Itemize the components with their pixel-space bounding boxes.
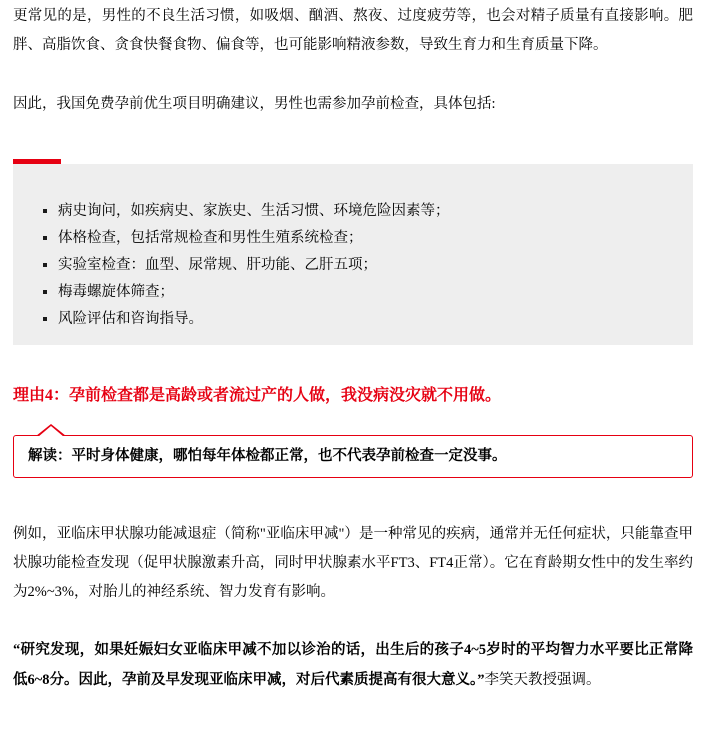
list-item-text: 梅毒螺旋体筛查； bbox=[58, 284, 174, 300]
interpretation-text: 解读：平时身体健康，哪怕每年体检都正常，也不代表孕前检查一定没事。 bbox=[28, 448, 678, 465]
square-bullet-icon bbox=[43, 317, 47, 321]
list-item-text: 体格检查，包括常规检查和男性生殖系统检查； bbox=[58, 230, 363, 246]
paragraph-subclinical-example: 例如，亚临床甲状腺功能减退症（简称"亚临床甲减"）是一种常见的疾病，通常并无任何… bbox=[13, 520, 693, 607]
list-item: 体格检查，包括常规检查和男性生殖系统检查； bbox=[41, 225, 673, 252]
article: 更常见的是，男性的不良生活习惯，如吸烟、酗酒、熬夜、过度疲劳等，也会对精子质量有… bbox=[0, 0, 707, 695]
paragraph-research-quote: “研究发现，如果妊娠妇女亚临床甲减不加以诊治的话，出生后的孩子4~5岁时的平均智… bbox=[13, 635, 693, 695]
interpretation-label: 解读： bbox=[28, 448, 72, 464]
reason-4-heading: 理由4：孕前检查都是高龄或者流过产的人做，我没病没灾就不用做。 bbox=[13, 385, 693, 407]
list-item-text: 风险评估和咨询指导。 bbox=[58, 311, 203, 327]
quote-attribution: 李笑天教授强调。 bbox=[485, 672, 601, 688]
interpretation-body: 平时身体健康，哪怕每年体检都正常，也不代表孕前检查一定没事。 bbox=[72, 448, 507, 464]
paragraph-checkup-recommendation: 因此，我国免费孕前优生项目明确建议，男性也需参加孕前检查，具体包括: bbox=[13, 90, 693, 119]
list-item: 风险评估和咨询指导。 bbox=[41, 306, 673, 333]
square-bullet-icon bbox=[43, 209, 47, 213]
list-item-text: 病史询问，如疾病史、家族史、生活习惯、环境危险因素等； bbox=[58, 203, 450, 219]
paragraph-male-lifestyle: 更常见的是，男性的不良生活习惯，如吸烟、酗酒、熬夜、过度疲劳等，也会对精子质量有… bbox=[13, 2, 693, 60]
checkup-items-list: 病史询问，如疾病史、家族史、生活习惯、环境危险因素等； 体格检查，包括常规检查和… bbox=[41, 198, 673, 333]
list-item: 实验室检查：血型、尿常规、肝功能、乙肝五项； bbox=[41, 252, 673, 279]
interpretation-callout-box: 解读：平时身体健康，哪怕每年体检都正常，也不代表孕前检查一定没事。 bbox=[13, 435, 693, 478]
square-bullet-icon bbox=[43, 236, 47, 240]
checkup-items-box: 病史询问，如疾病史、家族史、生活习惯、环境危险因素等； 体格检查，包括常规检查和… bbox=[13, 164, 693, 345]
list-item: 病史询问，如疾病史、家族史、生活习惯、环境危险因素等； bbox=[41, 198, 673, 225]
square-bullet-icon bbox=[43, 290, 47, 294]
square-bullet-icon bbox=[43, 263, 47, 267]
list-item-text: 实验室检查：血型、尿常规、肝功能、乙肝五项； bbox=[58, 257, 377, 273]
list-item: 梅毒螺旋体筛查； bbox=[41, 279, 673, 306]
callout-caret-fill bbox=[38, 426, 64, 437]
